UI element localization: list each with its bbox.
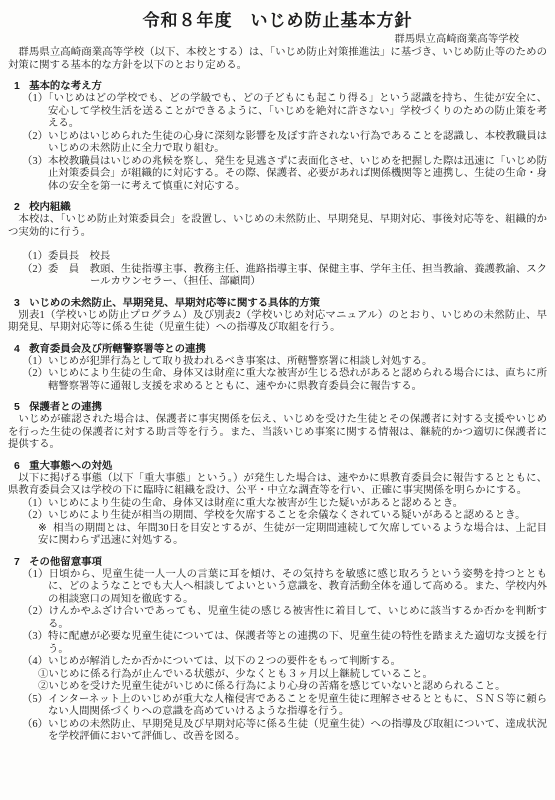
list-item: （3）特に配慮が必要な児童生徒については、保護者等との連携の下、児童生徒の特性を… — [22, 631, 547, 656]
item-marker: （2） — [22, 131, 48, 142]
section-number: 6 — [14, 461, 20, 472]
sub-list-item: ①いじめに係る行為が止んでいる状態が、少なくとも３ヶ月以上継続していること。 — [38, 669, 547, 682]
item-marker: （6） — [22, 719, 48, 730]
item-marker: ※ — [38, 523, 47, 534]
section-paragraph: 別表1（学校いじめ防止プログラム）及び別表2（学校いじめ対応マニュアル）のとおり… — [8, 310, 547, 335]
section: 3いじめの未然防止、早期発見、早期対応等に関する具体的方策別表1（学校いじめ防止… — [8, 297, 547, 335]
section-heading: 5保護者との連携 — [14, 401, 547, 414]
item-marker: （5） — [22, 694, 48, 705]
list-item: （1）日頃から、児童生徒一人一人の言葉に耳を傾け、その気持ちを敏感に感じ取ろうと… — [22, 569, 547, 607]
item-marker: （2） — [22, 264, 48, 275]
section-title: その他留意事項 — [29, 557, 102, 568]
item-marker: （2） — [22, 606, 49, 617]
section-heading: 3いじめの未然防止、早期発見、早期対応等に関する具体的方策 — [14, 297, 547, 310]
list-item: （1）いじめが犯罪行為として取り扱われるべき事案は、所轄警察署に相談し対処する。 — [22, 356, 547, 369]
item-text: いじめを受けた児童生徒がいじめに係る行為により心身の苦痛を感じていないと認められ… — [48, 681, 505, 692]
list-item: （1）いじめにより生徒の生命、身体又は財産に重大な被害が生じた疑いがあると認める… — [22, 498, 547, 511]
item-text: 別表1（学校いじめ防止プログラム）及び別表2（学校いじめ対応マニュアル）のとおり… — [8, 310, 547, 334]
item-marker: （1） — [22, 356, 48, 367]
section-number: 3 — [14, 298, 20, 309]
section-number: 5 — [14, 402, 20, 413]
item-marker: （3） — [22, 156, 48, 167]
item-text: いじめが犯罪行為として取り扱われるべき事案は、所轄警察署に相談し対処する。 — [48, 356, 432, 367]
list-item: （4）いじめが解消したか否かについては、以下の２つの要件をもって判断する。 — [22, 656, 547, 669]
item-marker: （1） — [22, 569, 49, 580]
list-item: （5）インターネット上のいじめが重大な人権侵害であることを児童生徒に理解させると… — [22, 694, 547, 719]
document-page: 令和８年度 いじめ防止基本方針 群馬県立高崎商業高等学校 群馬県立高崎商業高等学… — [0, 0, 555, 800]
section-heading: 6重大事態への対処 — [14, 460, 547, 473]
section: 1基本的な考え方（1）「いじめはどの学校でも、どの学級でも、どの子どもにも起こり… — [8, 80, 547, 193]
section-number: 4 — [14, 344, 20, 355]
item-text: いじめに係る行為が止んでいる状態が、少なくとも３ヶ月以上継続していること。 — [48, 669, 432, 680]
role-label: 委員長 — [48, 251, 90, 262]
item-text: いじめにより生徒の生命、身体又は財産に重大な被害が生じた疑いがあると認めるとき。 — [48, 498, 463, 509]
item-marker: （1） — [22, 498, 48, 509]
section-title: いじめの未然防止、早期発見、早期対応等に関する具体的方策 — [29, 298, 320, 309]
item-text: 教頭、生徒指導主事、教務主任、進路指導主事、保健主事、学年主任、担当教諭、養護教… — [90, 264, 547, 288]
section-heading: 4教育委員会及び所轄警察署等との連携 — [14, 343, 547, 356]
section-number: 2 — [14, 202, 20, 213]
list-item: （6）いじめの未然防止、早期発見及び早期対応等に係る生徒（児童生徒）への指導及び… — [22, 719, 547, 744]
section-paragraph: 以下に掲げる事態（以下「重大事態」という。）が発生した場合は、速やかに県教育委員… — [8, 473, 547, 498]
item-marker: （2） — [22, 368, 48, 379]
list-item: （1）「いじめはどの学校でも、どの学級でも、どの子どもにも起こり得る」という認識… — [22, 93, 547, 131]
item-text: 校長 — [90, 251, 111, 262]
sub-list-item: ②いじめを受けた児童生徒がいじめに係る行為により心身の苦痛を感じていないと認めら… — [38, 681, 547, 694]
item-marker: （3） — [22, 631, 48, 642]
item-text: 相当の期間とは、年間30日を目安とするが、生徒が一定期間連続して欠席しているよう… — [38, 523, 547, 547]
school-name: 群馬県立高崎商業高等学校 — [8, 33, 547, 46]
item-marker: （2） — [22, 510, 48, 521]
sections: 1基本的な考え方（1）「いじめはどの学校でも、どの学級でも、どの子どもにも起こり… — [8, 80, 547, 744]
list-item: （2）いじめはいじめられた生徒の心身に深刻な影響を及ぼす許されない行為であること… — [22, 131, 547, 156]
committee-role-item: （1）委員長 校長 — [22, 251, 547, 264]
item-text: 特に配慮が必要な児童生徒については、保護者等との連携の下、児童生徒の特性を踏まえ… — [48, 631, 547, 655]
list-item: （3）本校教職員はいじめの兆候を察し、発生を見逃さずに表面化させ、いじめを把握し… — [22, 156, 547, 194]
item-text: 以下に掲げる事態（以下「重大事態」という。）が発生した場合は、速やかに県教育委員… — [8, 473, 547, 497]
blank-line — [8, 239, 547, 251]
item-text: 日頃から、児童生徒一人一人の言葉に耳を傾け、その気持ちを敏感に感じ取ろうという姿… — [48, 569, 547, 605]
item-text: いじめはいじめられた生徒の心身に深刻な影響を及ぼす許されない行為であることを認識… — [48, 131, 547, 155]
section-heading: 2校内組織 — [14, 201, 547, 214]
item-text: いじめにより生徒の生命、身体又は財産に重大な被害が生じる恐れがあると認められる場… — [48, 368, 547, 392]
item-marker: ① — [38, 669, 48, 680]
list-item: （2）いじめにより生徒の生命、身体又は財産に重大な被害が生じる恐れがあると認めら… — [22, 368, 547, 393]
item-text: インターネット上のいじめが重大な人権侵害であることを児童生徒に理解させるとともに… — [48, 694, 547, 718]
section-paragraph: いじめが確認された場合は、保護者に事実関係を伝え、いじめを受けた生徒とその保護者… — [8, 414, 547, 452]
section: 5保護者との連携いじめが確認された場合は、保護者に事実関係を伝え、いじめを受けた… — [8, 401, 547, 452]
section-title: 保護者との連携 — [29, 402, 102, 413]
section-title: 教育委員会及び所轄警察署等との連携 — [29, 344, 206, 355]
item-text: いじめの未然防止、早期発見及び早期対応等に係る生徒（児童生徒）への指導及び取組に… — [48, 719, 547, 743]
item-text: 「いじめはどの学校でも、どの学級でも、どの子どもにも起こり得る」という認識を持ち… — [48, 93, 547, 129]
section: 4教育委員会及び所轄警察署等との連携（1）いじめが犯罪行為として取り扱われるべき… — [8, 343, 547, 394]
section-title: 校内組織 — [29, 202, 71, 213]
item-text: 本校教職員はいじめの兆候を察し、発生を見逃さずに表面化させ、いじめを把握した際は… — [48, 156, 547, 192]
note: ※相当の期間とは、年間30日を目安とするが、生徒が一定期間連続して欠席しているよ… — [38, 523, 547, 548]
item-text: いじめが確認された場合は、保護者に事実関係を伝え、いじめを受けた生徒とその保護者… — [8, 414, 547, 450]
committee-role-item: （2）委 員 教頭、生徒指導主事、教務主任、進路指導主事、保健主事、学年主任、担… — [22, 264, 547, 289]
item-text: いじめにより生徒が相当の期間、学校を欠席することを余儀なくされている疑いがあると… — [48, 510, 526, 521]
section-heading: 1基本的な考え方 — [14, 80, 547, 93]
item-text: けんかやふざけ合いであっても、児童生徒の感じる被害性に着目して、いじめに該当する… — [48, 606, 547, 630]
section-heading: 7その他留意事項 — [14, 556, 547, 569]
section-number: 7 — [14, 557, 20, 568]
role-label: 委 員 — [48, 264, 90, 275]
section: 2校内組織本校は、「いじめ防止対策委員会」を設置し、いじめの未然防止、早期発見、… — [8, 201, 547, 289]
section-number: 1 — [14, 81, 20, 92]
section-title: 重大事態への対処 — [29, 461, 112, 472]
section: 7その他留意事項（1）日頃から、児童生徒一人一人の言葉に耳を傾け、その気持ちを敏… — [8, 556, 547, 744]
item-marker: （4） — [22, 656, 48, 667]
item-text: いじめが解消したか否かについては、以下の２つの要件をもって判断する。 — [48, 656, 401, 667]
section-paragraph: 本校は、「いじめ防止対策委員会」を設置し、いじめの未然防止、早期発見、早期対応、… — [8, 214, 547, 239]
page-title: 令和８年度 いじめ防止基本方針 — [8, 10, 547, 32]
list-item: （2）けんかやふざけ合いであっても、児童生徒の感じる被害性に着目して、いじめに該… — [22, 606, 547, 631]
item-marker: （1） — [22, 251, 48, 262]
item-text: 本校は、「いじめ防止対策委員会」を設置し、いじめの未然防止、早期発見、早期対応、… — [8, 214, 547, 238]
section-title: 基本的な考え方 — [29, 81, 102, 92]
intro-paragraph: 群馬県立高崎商業高等学校（以下、本校とする）は、「いじめ防止対策推進法」に基づき… — [8, 47, 547, 72]
item-marker: ② — [38, 681, 48, 692]
list-item: （2）いじめにより生徒が相当の期間、学校を欠席することを余儀なくされている疑いが… — [22, 510, 547, 523]
item-marker: （1） — [22, 93, 48, 104]
section: 6重大事態への対処以下に掲げる事態（以下「重大事態」という。）が発生した場合は、… — [8, 460, 547, 548]
